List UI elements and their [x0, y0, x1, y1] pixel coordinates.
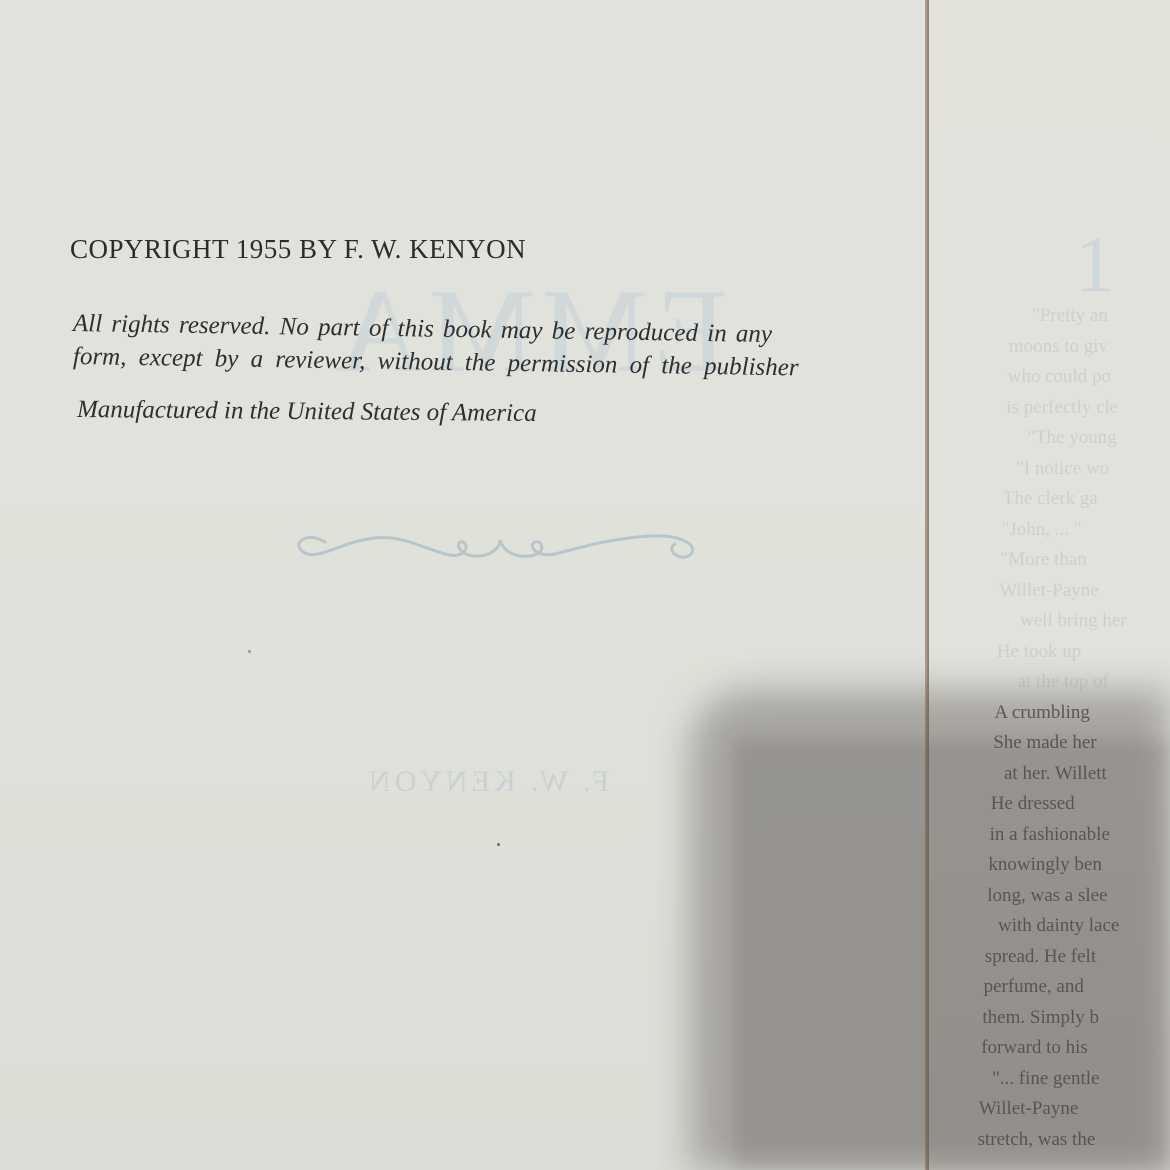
facing-page-line: The clerk ga — [1003, 488, 1098, 510]
hand-shadow-core — [735, 740, 1170, 1170]
facing-page-line: "More than — [1000, 549, 1086, 571]
facing-page-line: He took up — [997, 641, 1081, 663]
facing-page-line: "Pretty an — [1032, 305, 1108, 327]
bleed-through-author: F. W. KENYON — [365, 765, 609, 799]
facing-chapter-number: 1 — [1075, 220, 1115, 311]
facing-page-line: "I notice wo — [1016, 458, 1109, 480]
paper-speck — [497, 843, 500, 846]
scroll-flourish-icon — [285, 520, 715, 570]
facing-page-line: "John, ... " — [1002, 519, 1082, 541]
facing-page-line: moons to giv — [1009, 336, 1108, 358]
paper-speck — [248, 650, 251, 653]
manufactured-line: Manufactured in the United States of Ame… — [77, 396, 537, 428]
facing-page-line: well bring her — [1020, 610, 1127, 632]
facing-page-line: is perfectly cle — [1006, 397, 1118, 419]
facing-page-line: Willet-Payne — [999, 580, 1098, 602]
copyright-line: COPYRIGHT 1955 BY F. W. KENYON — [70, 234, 526, 265]
facing-page-line: "The young — [1027, 427, 1117, 449]
facing-page-line: who could po — [1008, 366, 1111, 388]
